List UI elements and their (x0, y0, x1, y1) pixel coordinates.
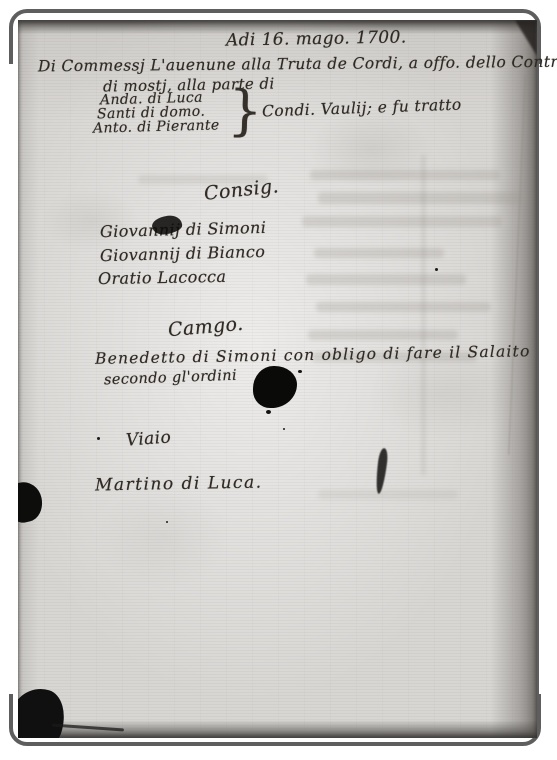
corner-shadow-top-right (515, 20, 537, 56)
group-brace: } (227, 83, 264, 138)
bleed-through-mark (318, 192, 523, 204)
ink-blot-satellite (266, 410, 271, 414)
bleed-through-mark (308, 330, 458, 340)
frame-gap-mask-left (0, 64, 18, 694)
consiglio-name-3: Oratio Lacocca (98, 268, 227, 288)
ink-speck (435, 268, 438, 271)
bleed-through-mark (302, 216, 502, 227)
fold-line (422, 155, 425, 475)
ink-speck (166, 521, 168, 523)
consiglio-name-1: Giovannij di Simoni (100, 219, 267, 241)
consiglio-name-2: Giovannij di Bianco (100, 243, 266, 265)
viaio-name: Martino di Luca. (95, 474, 263, 496)
bleed-through-mark (306, 274, 466, 285)
bleed-through-mark (310, 170, 500, 180)
ink-speck (97, 437, 100, 440)
bleed-through-mark (318, 490, 458, 499)
ink-blot-satellite (298, 370, 302, 373)
frame-gap-mask-right (539, 64, 557, 694)
date-line: Adi 16. mago. 1700. (226, 28, 407, 50)
section-heading-viaio: Viaio (125, 428, 171, 450)
manuscript-scan-viewer: Adi 16. mago. 1700. Di Commessj L'auenun… (0, 0, 557, 760)
ink-speck (283, 428, 285, 430)
bleed-through-mark (316, 302, 491, 312)
